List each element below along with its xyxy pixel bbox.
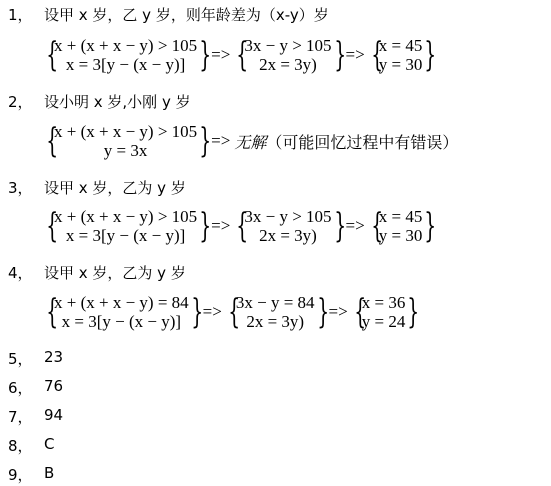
equation-line: 3x − y = 84 (236, 293, 315, 312)
left-brace: { (46, 36, 52, 74)
right-brace: } (334, 36, 340, 74)
left-brace: { (228, 293, 234, 331)
equation-line: x + (x + x − y) > 105 (54, 36, 197, 55)
item-number: 6， (8, 377, 33, 398)
equation-line: 2x = 3y) (244, 226, 331, 245)
item-number: 5， (8, 348, 33, 369)
implies-arrow: => (211, 45, 230, 65)
equation-row-4: { x + (x + x − y) = 84x = 3[y − (x − y)]… (44, 293, 415, 331)
right-brace: } (425, 36, 431, 74)
right-brace: } (199, 207, 205, 245)
equation-line: y = 3x (54, 141, 197, 160)
equation-line: x + (x + x − y) > 105 (54, 207, 197, 226)
right-brace: } (199, 122, 205, 160)
right-brace: } (191, 293, 197, 331)
equation-line: x = 3[y − (x − y)] (54, 226, 197, 245)
item-number: 4， (8, 262, 33, 283)
implies-arrow: => (211, 131, 230, 151)
equation-line: y = 30 (379, 55, 423, 74)
equation-line: x = 45 (379, 36, 423, 55)
item-number: 2， (8, 91, 33, 112)
item-text: 94 (44, 406, 63, 424)
equation-system: { x + (x + x − y) > 105x = 3[y − (x − y)… (44, 207, 207, 245)
equation-line: y = 30 (379, 226, 423, 245)
item-text: 23 (44, 348, 63, 366)
left-brace: { (371, 207, 377, 245)
equation-system: { x + (x + x − y) = 84x = 3[y − (x − y)]… (44, 293, 199, 331)
left-brace: { (237, 207, 243, 245)
equation-system: { 3x − y > 1052x = 3y) } (234, 36, 341, 74)
equation-line: x + (x + x − y) > 105 (54, 122, 197, 141)
no-solution-note: 无解（可能回忆过程中有错误） (234, 130, 458, 153)
item-text: 76 (44, 377, 63, 395)
implies-arrow: => (203, 302, 222, 322)
equation-system: { x + (x + x − y) > 105x = 3[y − (x − y)… (44, 36, 207, 74)
equation-line: 3x − y > 105 (244, 207, 331, 226)
item-text: B (44, 464, 54, 482)
equation-line: 3x − y > 105 (244, 36, 331, 55)
left-brace: { (46, 122, 52, 160)
item-number: 3， (8, 177, 33, 198)
implies-arrow: => (211, 216, 230, 236)
no-solution-label: 无解 (234, 133, 266, 152)
left-brace: { (46, 293, 52, 331)
item-number: 8， (8, 435, 33, 456)
implies-arrow: => (346, 45, 365, 65)
right-brace: } (334, 207, 340, 245)
implies-arrow: => (329, 302, 348, 322)
equation-row-2: { x + (x + x − y) > 105y = 3x } => 无解（可能… (44, 122, 458, 160)
equation-line: 2x = 3y) (236, 312, 315, 331)
equation-line: x = 3[y − (x − y)] (54, 55, 197, 74)
item-text: 设甲 x 岁，乙 y 岁，则年龄差为（x-y）岁 (44, 4, 329, 25)
left-brace: { (371, 36, 377, 74)
item-text: C (44, 435, 54, 453)
equation-system: { x = 36y = 24 } (352, 293, 416, 331)
left-brace: { (237, 36, 243, 74)
equation-system: { x = 45y = 30 } (369, 207, 433, 245)
note-text: （可能回忆过程中有错误） (266, 133, 458, 152)
item-number: 1， (8, 4, 33, 25)
equation-line: y = 24 (362, 312, 406, 331)
equation-system: { 3x − y > 1052x = 3y) } (234, 207, 341, 245)
item-text: 设小明 x 岁,小刚 y 岁 (44, 91, 191, 112)
equation-line: x = 36 (362, 293, 406, 312)
equation-line: x = 45 (379, 207, 423, 226)
equation-line: 2x = 3y) (244, 55, 331, 74)
equation-row-3: { x + (x + x − y) > 105x = 3[y − (x − y)… (44, 207, 432, 245)
equation-system: { x + (x + x − y) > 105y = 3x } (44, 122, 207, 160)
equation-system: { 3x − y = 842x = 3y) } (226, 293, 325, 331)
item-text: 设甲 x 岁，乙为 y 岁 (44, 262, 186, 283)
item-text: 设甲 x 岁，乙为 y 岁 (44, 177, 186, 198)
item-number: 7， (8, 406, 33, 427)
equation-row-1: { x + (x + x − y) > 105x = 3[y − (x − y)… (44, 36, 432, 74)
equation-line: x = 3[y − (x − y)] (54, 312, 189, 331)
left-brace: { (46, 207, 52, 245)
right-brace: } (408, 293, 414, 331)
right-brace: } (199, 36, 205, 74)
implies-arrow: => (346, 216, 365, 236)
equation-system: { x = 45y = 30 } (369, 36, 433, 74)
right-brace: } (317, 293, 323, 331)
right-brace: } (425, 207, 431, 245)
left-brace: { (354, 293, 360, 331)
equation-line: x + (x + x − y) = 84 (54, 293, 189, 312)
item-number: 9， (8, 464, 33, 485)
